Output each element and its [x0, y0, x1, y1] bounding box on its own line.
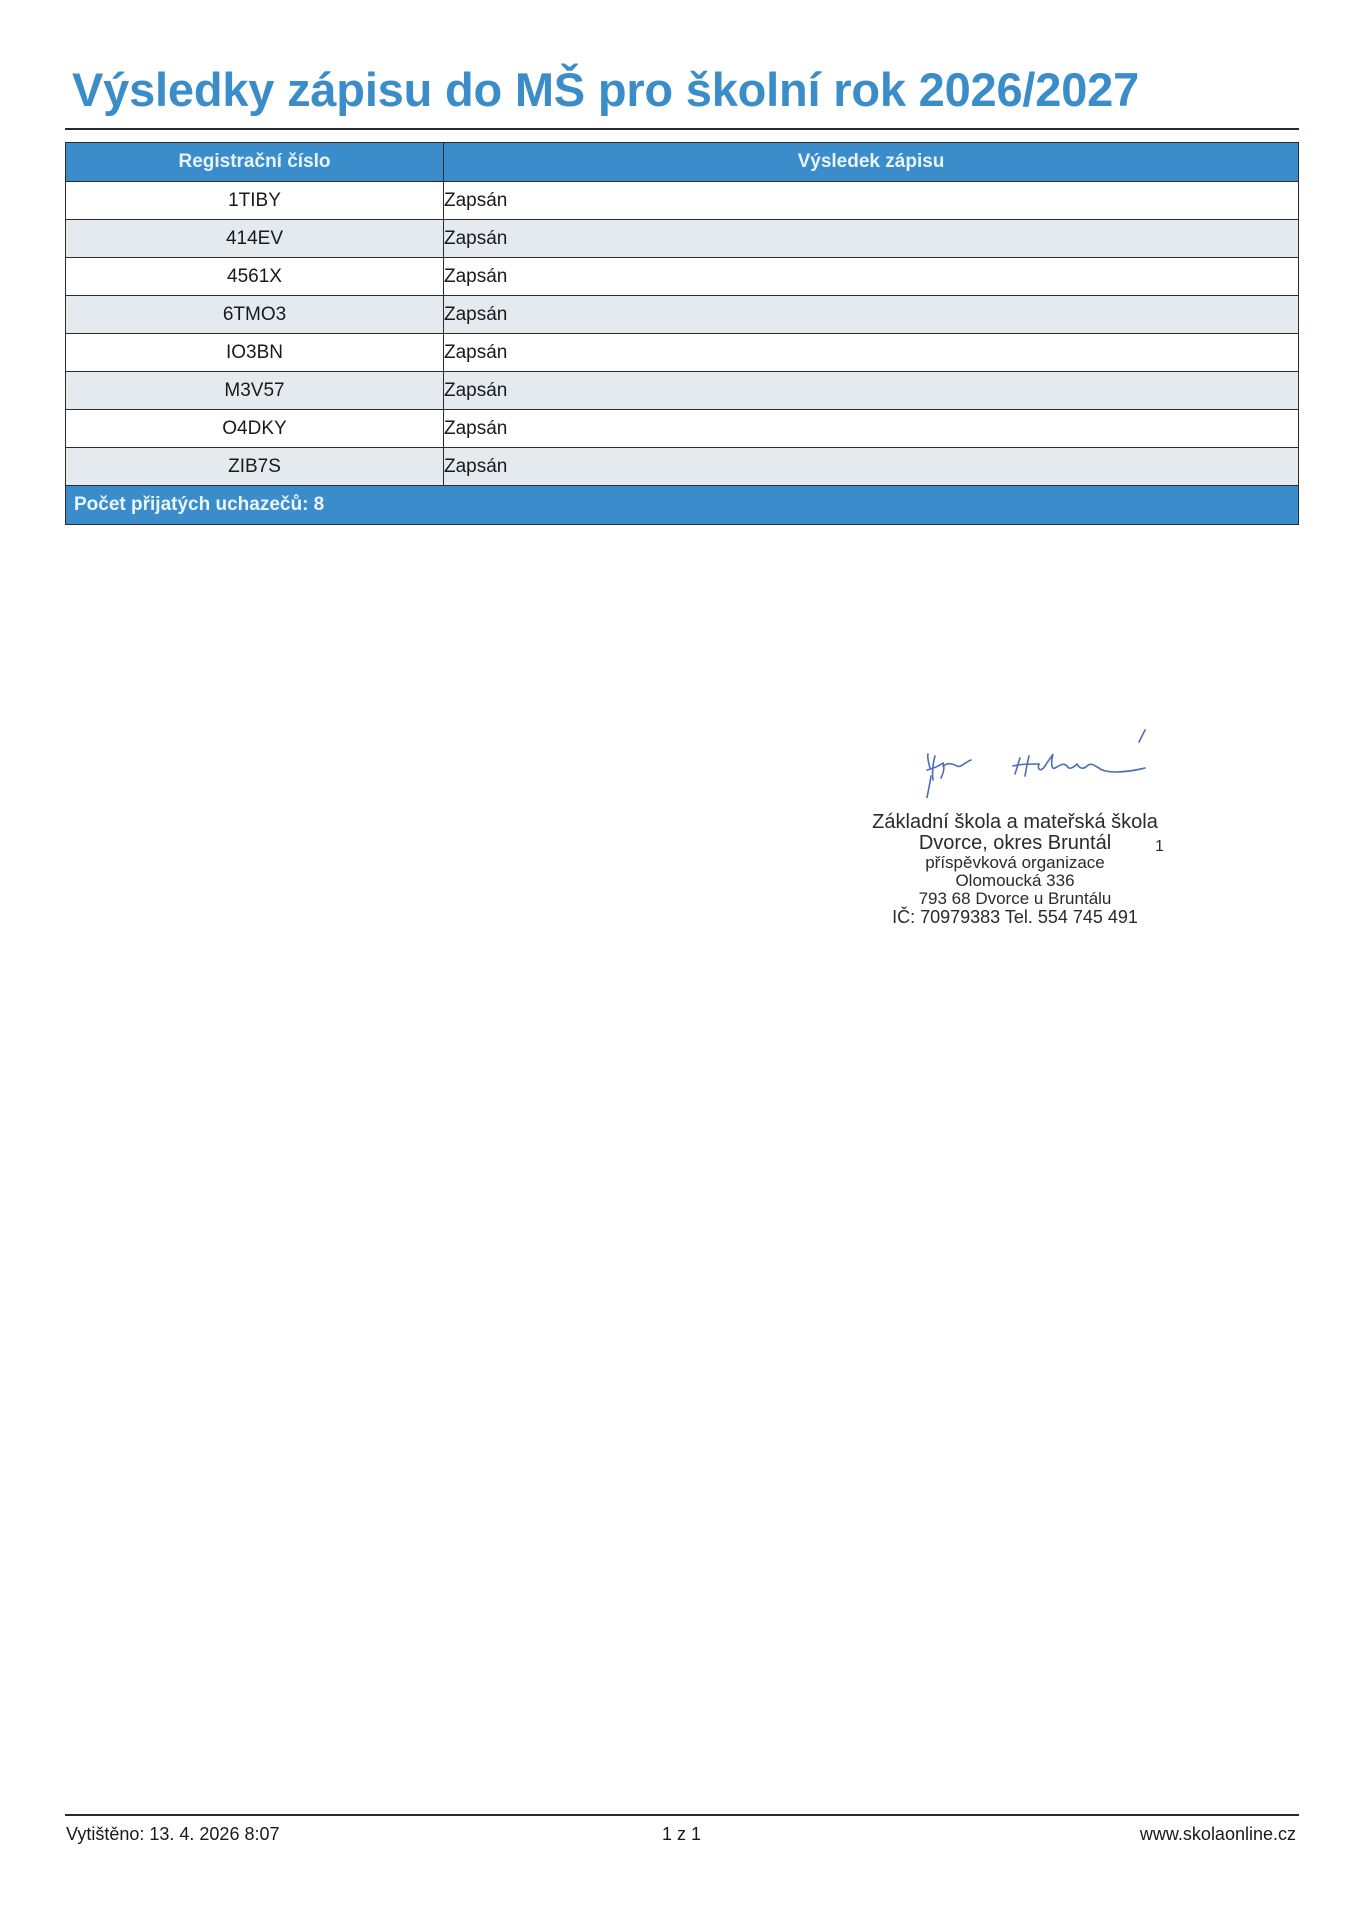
table-row: 6TMO3Zapsán [66, 296, 1299, 334]
registration-number: M3V57 [66, 372, 444, 410]
stamp-school-location: Dvorce, okres Bruntál [855, 833, 1175, 854]
stamp-organization-type: příspěvková organizace [855, 854, 1175, 872]
summary-row: Počet přijatých uchazečů: 8 [66, 486, 1299, 525]
stamp-city: 793 68 Dvorce u Bruntálu [855, 890, 1175, 908]
registration-number: 4561X [66, 258, 444, 296]
enrollment-result: Zapsán [444, 372, 1299, 410]
stamp-school-name: Základní škola a mateřská škola [855, 812, 1175, 833]
table-row: ZIB7SZapsán [66, 448, 1299, 486]
printed-timestamp: Vytištěno: 13. 4. 2026 8:07 [66, 1824, 280, 1845]
title-divider [65, 128, 1299, 130]
table-row: M3V57Zapsán [66, 372, 1299, 410]
school-stamp: Základní škola a mateřská škola Dvorce, … [855, 812, 1175, 926]
accepted-count: Počet přijatých uchazečů: 8 [66, 486, 1299, 525]
registration-number: IO3BN [66, 334, 444, 372]
table-row: 1TIBYZapsán [66, 182, 1299, 220]
table-row: O4DKYZapsán [66, 410, 1299, 448]
registration-number: ZIB7S [66, 448, 444, 486]
stamp-ids: IČ: 70979383 Tel. 554 745 491 [855, 908, 1175, 927]
page-title: Výsledky zápisu do MŠ pro školní rok 202… [72, 62, 1139, 118]
table-row: 4561XZapsán [66, 258, 1299, 296]
table-row: 414EVZapsán [66, 220, 1299, 258]
enrollment-result: Zapsán [444, 296, 1299, 334]
registration-number: 414EV [66, 220, 444, 258]
registration-number: 1TIBY [66, 182, 444, 220]
stamp-street: Olomoucká 336 [855, 872, 1175, 890]
enrollment-result: Zapsán [444, 220, 1299, 258]
signature-image [905, 728, 1185, 798]
table-row: IO3BNZapsán [66, 334, 1299, 372]
column-header-registration-number: Registrační číslo [66, 143, 444, 182]
enrollment-result: Zapsán [444, 258, 1299, 296]
registration-number: 6TMO3 [66, 296, 444, 334]
results-table: Registrační číslo Výsledek zápisu 1TIBYZ… [65, 142, 1299, 525]
enrollment-result: Zapsán [444, 334, 1299, 372]
enrollment-result: Zapsán [444, 448, 1299, 486]
website-link[interactable]: www.skolaonline.cz [1140, 1824, 1296, 1845]
enrollment-result: Zapsán [444, 182, 1299, 220]
column-header-result: Výsledek zápisu [444, 143, 1299, 182]
footer-divider [65, 1814, 1299, 1816]
stamp-number: 1 [1155, 838, 1164, 856]
page-number: 1 z 1 [662, 1824, 701, 1845]
registration-number: O4DKY [66, 410, 444, 448]
table-header-row: Registrační číslo Výsledek zápisu [66, 143, 1299, 182]
enrollment-result: Zapsán [444, 410, 1299, 448]
